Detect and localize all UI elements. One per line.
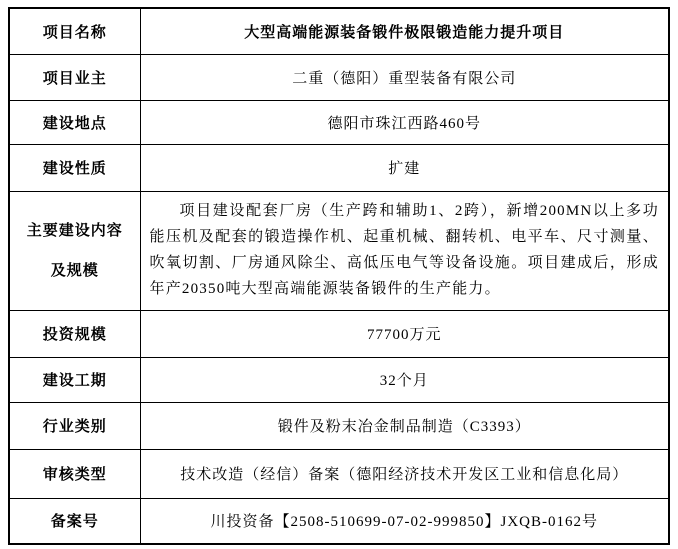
construction-nature-value: 扩建 bbox=[140, 144, 669, 191]
main-content-scale-label: 主要建设内容 及规模 bbox=[9, 191, 140, 310]
row-project-owner: 项目业主 二重（德阳）重型装备有限公司 bbox=[9, 54, 669, 100]
row-industry-category: 行业类别 锻件及粉末冶金制品制造（C3393） bbox=[9, 402, 669, 449]
industry-category-value: 锻件及粉末冶金制品制造（C3393） bbox=[140, 402, 669, 449]
project-owner-value: 二重（德阳）重型装备有限公司 bbox=[140, 54, 669, 100]
construction-period-value: 32个月 bbox=[140, 357, 669, 402]
project-name-label: 项目名称 bbox=[9, 8, 140, 54]
row-investment-scale: 投资规模 77700万元 bbox=[9, 310, 669, 357]
filing-number-value: 川投资备【2508-510699-07-02-999850】JXQB-0162号 bbox=[140, 498, 669, 544]
filing-number-label: 备案号 bbox=[9, 498, 140, 544]
document-page: 项目名称 大型高端能源装备锻件极限锻造能力提升项目 项目业主 二重（德阳）重型装… bbox=[0, 0, 678, 549]
construction-period-label: 建设工期 bbox=[9, 357, 140, 402]
row-construction-period: 建设工期 32个月 bbox=[9, 357, 669, 402]
row-review-type: 审核类型 技术改造（经信）备案（德阳经济技术开发区工业和信息化局） bbox=[9, 449, 669, 498]
row-construction-site: 建设地点 德阳市珠江西路460号 bbox=[9, 100, 669, 144]
project-name-value: 大型高端能源装备锻件极限锻造能力提升项目 bbox=[140, 8, 669, 54]
industry-category-label: 行业类别 bbox=[9, 402, 140, 449]
review-type-label: 审核类型 bbox=[9, 449, 140, 498]
row-filing-number: 备案号 川投资备【2508-510699-07-02-999850】JXQB-0… bbox=[9, 498, 669, 544]
main-content-scale-value: 项目建设配套厂房（生产跨和辅助1、2跨），新增200MN以上多功能压机及配套的锻… bbox=[140, 191, 669, 310]
construction-site-value: 德阳市珠江西路460号 bbox=[140, 100, 669, 144]
project-info-table: 项目名称 大型高端能源装备锻件极限锻造能力提升项目 项目业主 二重（德阳）重型装… bbox=[8, 7, 670, 545]
construction-site-label: 建设地点 bbox=[9, 100, 140, 144]
project-owner-label: 项目业主 bbox=[9, 54, 140, 100]
row-main-content-scale: 主要建设内容 及规模 项目建设配套厂房（生产跨和辅助1、2跨），新增200MN以… bbox=[9, 191, 669, 310]
construction-nature-label: 建设性质 bbox=[9, 144, 140, 191]
investment-scale-value: 77700万元 bbox=[140, 310, 669, 357]
row-construction-nature: 建设性质 扩建 bbox=[9, 144, 669, 191]
row-project-name: 项目名称 大型高端能源装备锻件极限锻造能力提升项目 bbox=[9, 8, 669, 54]
review-type-value: 技术改造（经信）备案（德阳经济技术开发区工业和信息化局） bbox=[140, 449, 669, 498]
investment-scale-label: 投资规模 bbox=[9, 310, 140, 357]
